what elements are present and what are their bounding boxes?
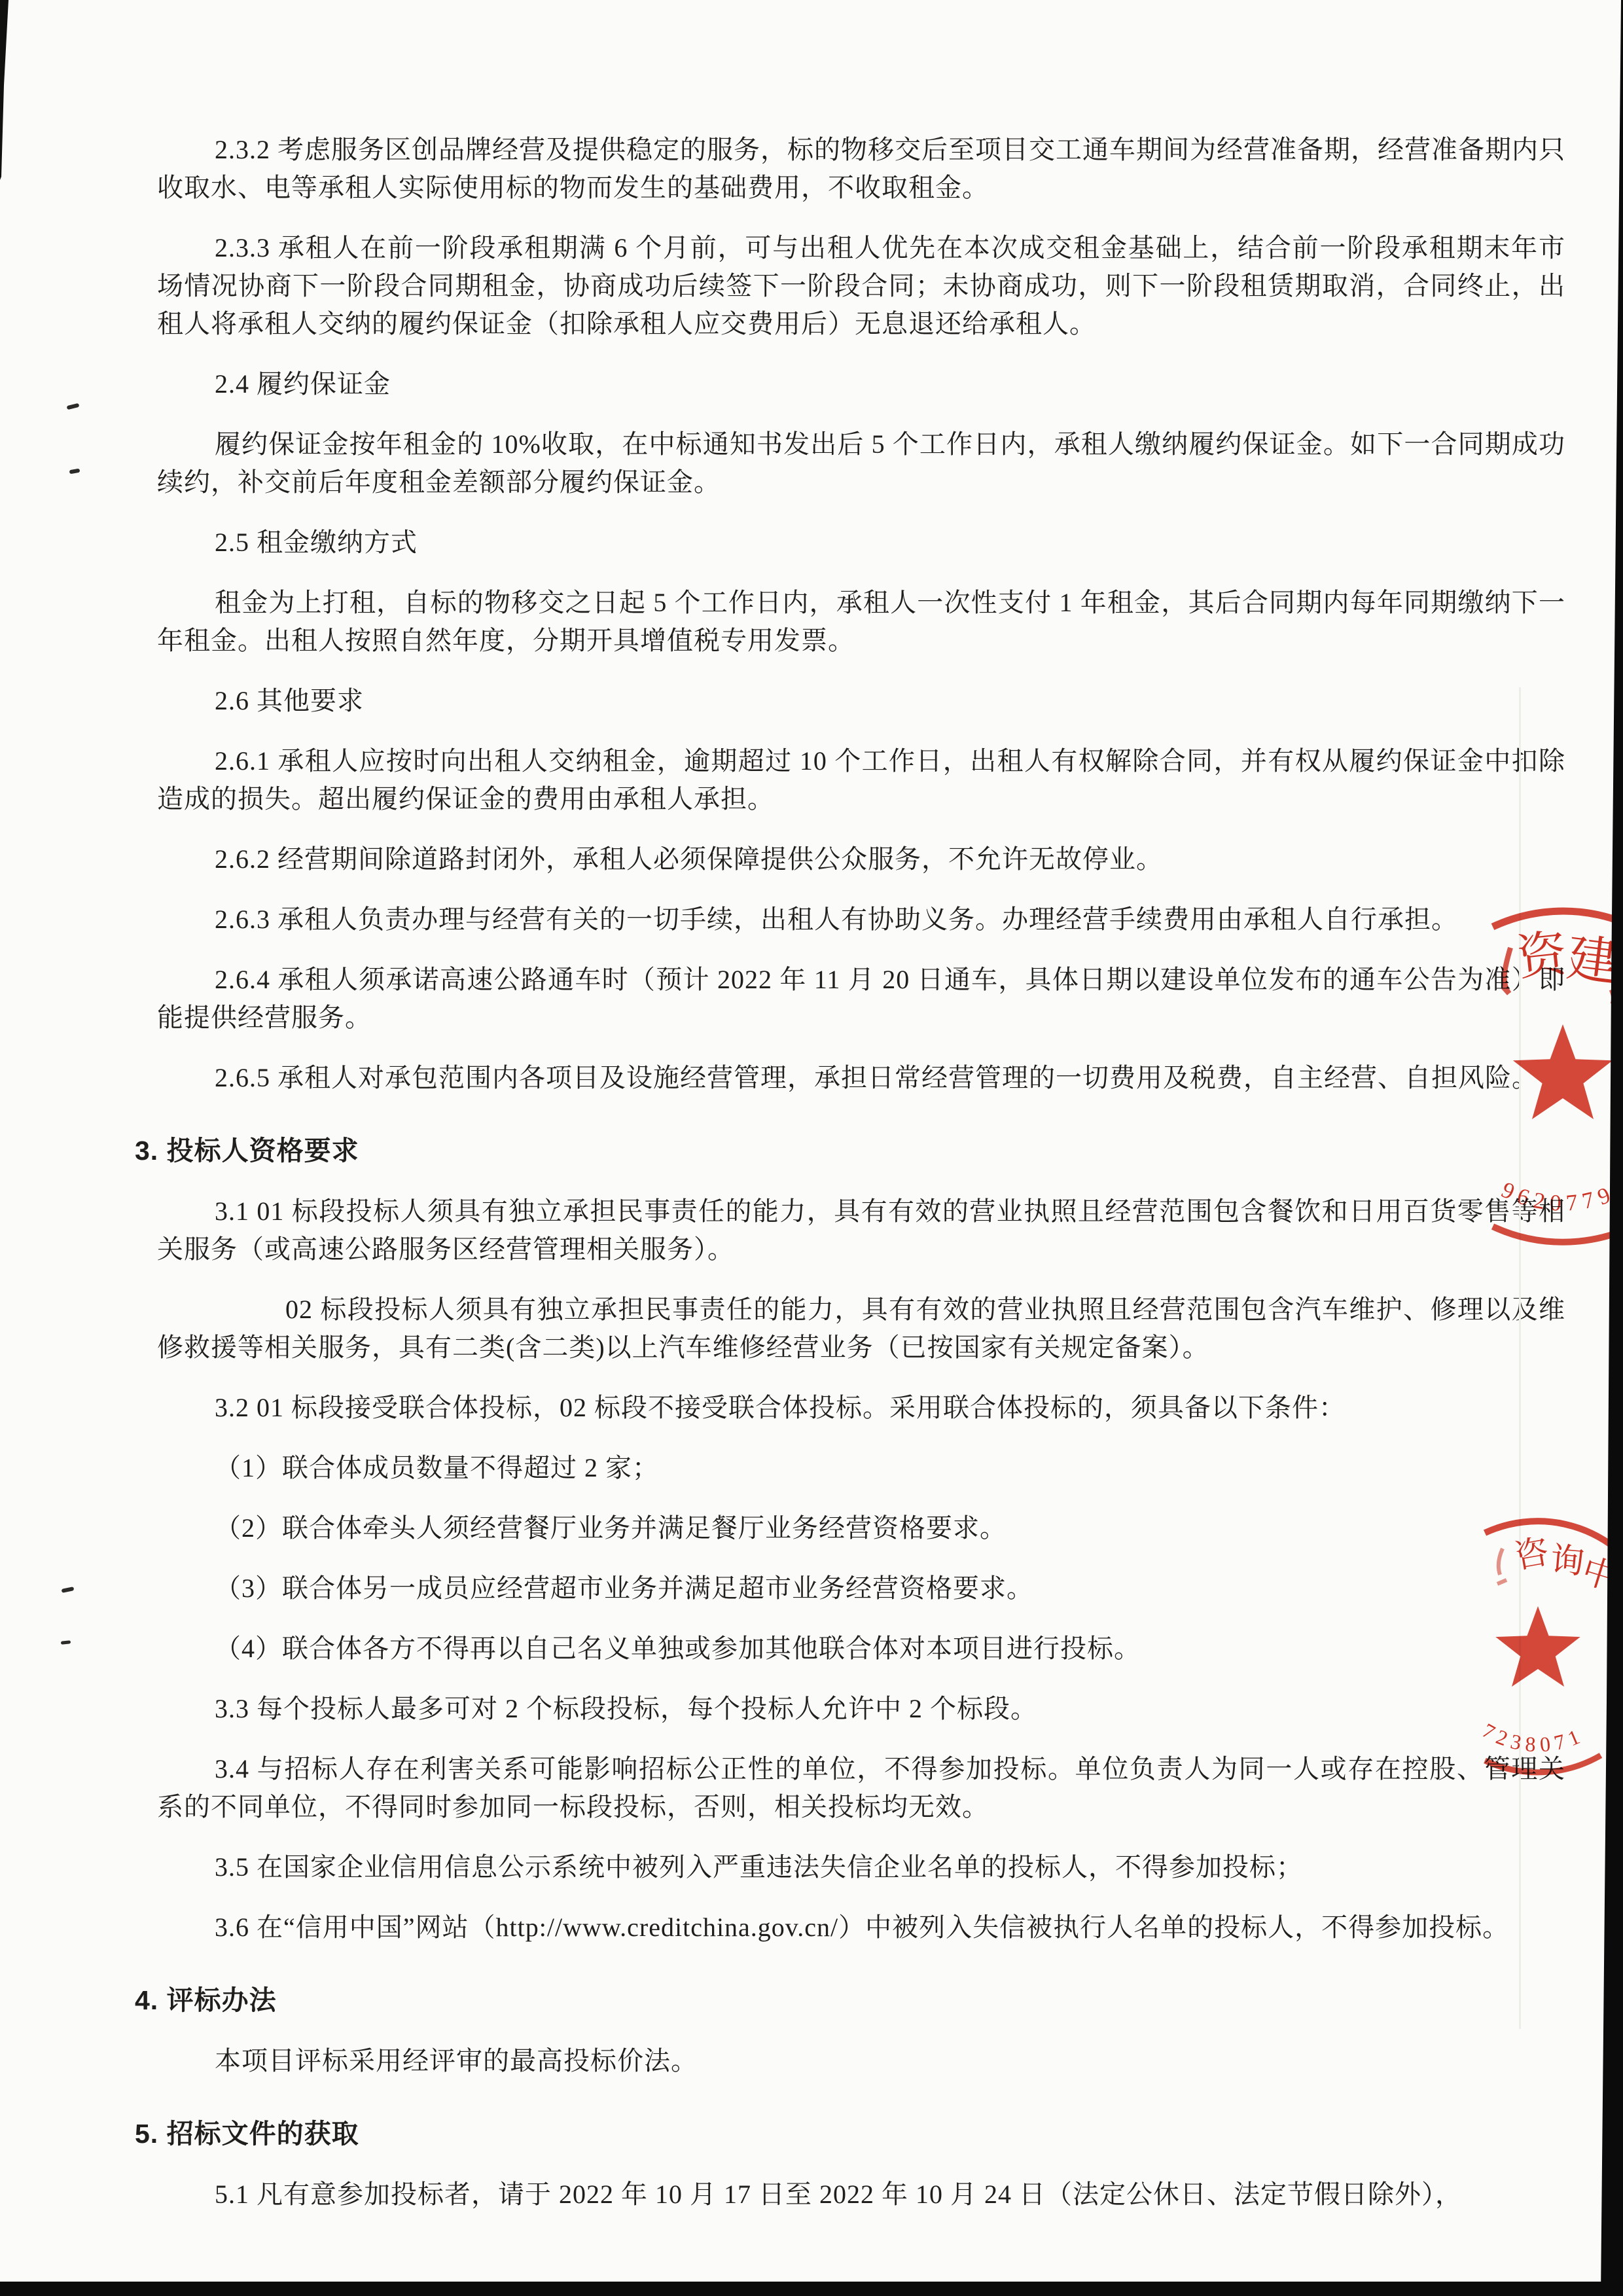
paragraph: 2.6.4 承租人须承诺高速公路通车时（预计 2022 年 11 月 20 日通… <box>157 961 1565 1037</box>
scan-artifact-dash <box>69 469 80 475</box>
paragraph: 2.5 租金缴纳方式 <box>157 524 1565 562</box>
paragraph: （2）联合体牵头人须经营餐厅业务并满足餐厅业务经营资格要求。 <box>157 1509 1565 1547</box>
section-heading: 5. 招标文件的获取 <box>135 2114 1565 2153</box>
paragraph: （4）联合体各方不得再以自己名义单独或参加其他联合体对本项目进行投标。 <box>157 1630 1565 1668</box>
paragraph: （1）联合体成员数量不得超过 2 家； <box>157 1449 1565 1487</box>
paragraph: （3）联合体另一成员应经营超市业务并满足超市业务经营资格要求。 <box>157 1570 1565 1607</box>
paragraph: 本项目评标采用经评审的最高投标价法。 <box>157 2042 1565 2080</box>
paragraph: 5.1 凡有意参加投标者，请于 2022 年 10 月 17 日至 2022 年… <box>157 2176 1565 2214</box>
seal-character: 建 <box>1564 929 1622 992</box>
paragraph: 2.6.5 承租人对承包范围内各项目及设施经营管理，承担日常经营管理的一切费用及… <box>157 1059 1565 1097</box>
scan-artifact-dash <box>67 403 80 410</box>
paragraph: 2.4 履约保证金 <box>157 365 1565 403</box>
paragraph: 2.6.2 经营期间除道路封闭外，承租人必须保障提供公众服务，不允许无故停业。 <box>157 840 1565 878</box>
paragraph: 2.3.2 考虑服务区创品牌经营及提供稳定的服务，标的物移交后至项目交工通车期间… <box>157 131 1565 207</box>
paragraph: 2.3.3 承租人在前一阶段承租期满 6 个月前，可与出租人优先在本次成交租金基… <box>157 229 1565 343</box>
paragraph: 3.2 01 标段接受联合体投标，02 标段不接受联合体投标。采用联合体投标的，… <box>157 1389 1565 1427</box>
scanned-document-page: 2.3.2 考虑服务区创品牌经营及提供稳定的服务，标的物移交后至项目交工通车期间… <box>0 0 1623 2296</box>
section-heading: 3. 投标人资格要求 <box>135 1131 1565 1170</box>
seal-partial-character <box>1611 990 1614 1004</box>
paragraph: 2.6.1 承租人应按时向出租人交纳租金，逾期超过 10 个工作日，出租人有权解… <box>157 742 1565 818</box>
seal-partial-character <box>1610 1570 1618 1600</box>
seal-character: 中 <box>1577 1552 1620 1598</box>
paragraph: 3.3 每个投标人最多可对 2 个标段投标，每个投标人允许中 2 个标段。 <box>157 1690 1565 1728</box>
paragraph: 3.6 在“信用中国”网站（http://www.creditchina.gov… <box>157 1909 1565 1946</box>
paragraph: 3.4 与招标人存在利害关系可能影响招标公正性的单位，不得参加投标。单位负责人为… <box>157 1750 1565 1826</box>
section-heading: 4. 评标办法 <box>135 1981 1565 2020</box>
document-body: 2.3.2 考虑服务区创品牌经营及提供稳定的服务，标的物移交后至项目交工通车期间… <box>157 131 1565 2214</box>
scan-fold-line <box>1519 687 1521 2029</box>
paragraph: 3.5 在国家企业信用信息公示系统中被列入严重违法失信企业名单的投标人，不得参加… <box>157 1848 1565 1886</box>
paragraph: 2.6.3 承租人负责办理与经营有关的一切手续，出租人有协助义务。办理经营手续费… <box>157 901 1565 939</box>
scan-artifact-dash <box>62 1587 75 1593</box>
paragraph: 履约保证金按年租金的 10%收取，在中标通知书发出后 5 个工作日内，承租人缴纳… <box>157 425 1565 501</box>
scan-artifact-dash <box>61 1640 71 1645</box>
paragraph: 02 标段投标人须具有独立承担民事责任的能力，具有有效的营业执照且经营范围包含汽… <box>157 1291 1565 1367</box>
page-edge-bottom <box>0 2282 1623 2296</box>
paragraph: 租金为上打租，自标的物移交之日起 5 个工作日内，承租人一次性支付 1 年租金，… <box>157 584 1565 660</box>
paragraph: 3.1 01 标段投标人须具有独立承担民事责任的能力，具有有效的营业执照且经营范… <box>157 1193 1565 1268</box>
paragraph: 2.6 其他要求 <box>157 682 1565 720</box>
